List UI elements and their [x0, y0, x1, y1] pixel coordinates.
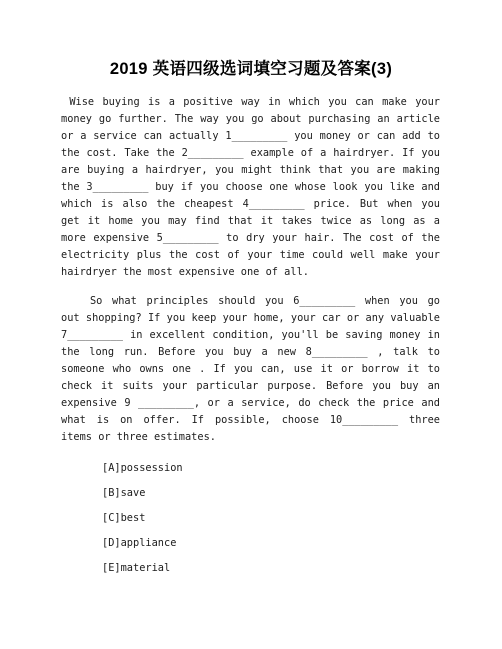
passage-line: more expensive 5_________ to dry your ha… [61, 230, 440, 247]
passage-line: Wise buying is a positive way in which y… [61, 94, 440, 111]
passage-line: hairdryer the most expensive one of all. [61, 264, 440, 281]
option-item-d: [D]appliance [102, 535, 440, 552]
page-title: 2019 英语四级选词填空习题及答案(3) [20, 58, 482, 80]
passage: Wise buying is a positive way in which y… [61, 94, 440, 577]
option-item-e: [E]material [102, 560, 440, 577]
passage-line: So what principles should you 6_________… [61, 293, 440, 310]
passage-line: or a service can actually 1_________ you… [61, 128, 440, 145]
passage-line: expensive 9 _________, or a service, do … [61, 395, 440, 412]
passage-line: check it suits your particular purpose. … [61, 378, 440, 395]
passage-line: out shopping? If you keep your home, you… [61, 310, 440, 327]
option-item-c: [C]best [102, 510, 440, 527]
passage-line: money go further. The way you go about p… [61, 111, 440, 128]
passage-line: which is also the cheapest 4_________ pr… [61, 196, 440, 213]
passage-line: items or three estimates. [61, 429, 440, 446]
passage-line: what is on offer. If possible, choose 10… [61, 412, 440, 429]
passage-line: the cost. Take the 2_________ example of… [61, 145, 440, 162]
passage-line: the long run. Before you buy a new 8____… [61, 344, 440, 361]
passage-paragraph-1: Wise buying is a positive way in which y… [61, 94, 440, 281]
passage-line: electricity plus the cost of your time c… [61, 247, 440, 264]
passage-line: get it home you may find that it takes t… [61, 213, 440, 230]
passage-line: the 3_________ buy if you choose one who… [61, 179, 440, 196]
option-item-b: [B]save [102, 485, 440, 502]
passage-line: are buying a hairdryer, you might think … [61, 162, 440, 179]
passage-paragraph-2: So what principles should you 6_________… [61, 293, 440, 446]
option-item-a: [A]possession [102, 460, 440, 477]
options-list: [A]possession [B]save [C]best [D]applian… [102, 460, 440, 577]
passage-line: someone who owns one . If you can, use i… [61, 361, 440, 378]
document-page: 2019 英语四级选词填空习题及答案(3) Wise buying is a p… [0, 0, 502, 649]
passage-line: 7_________ in excellent condition, you'l… [61, 327, 440, 344]
